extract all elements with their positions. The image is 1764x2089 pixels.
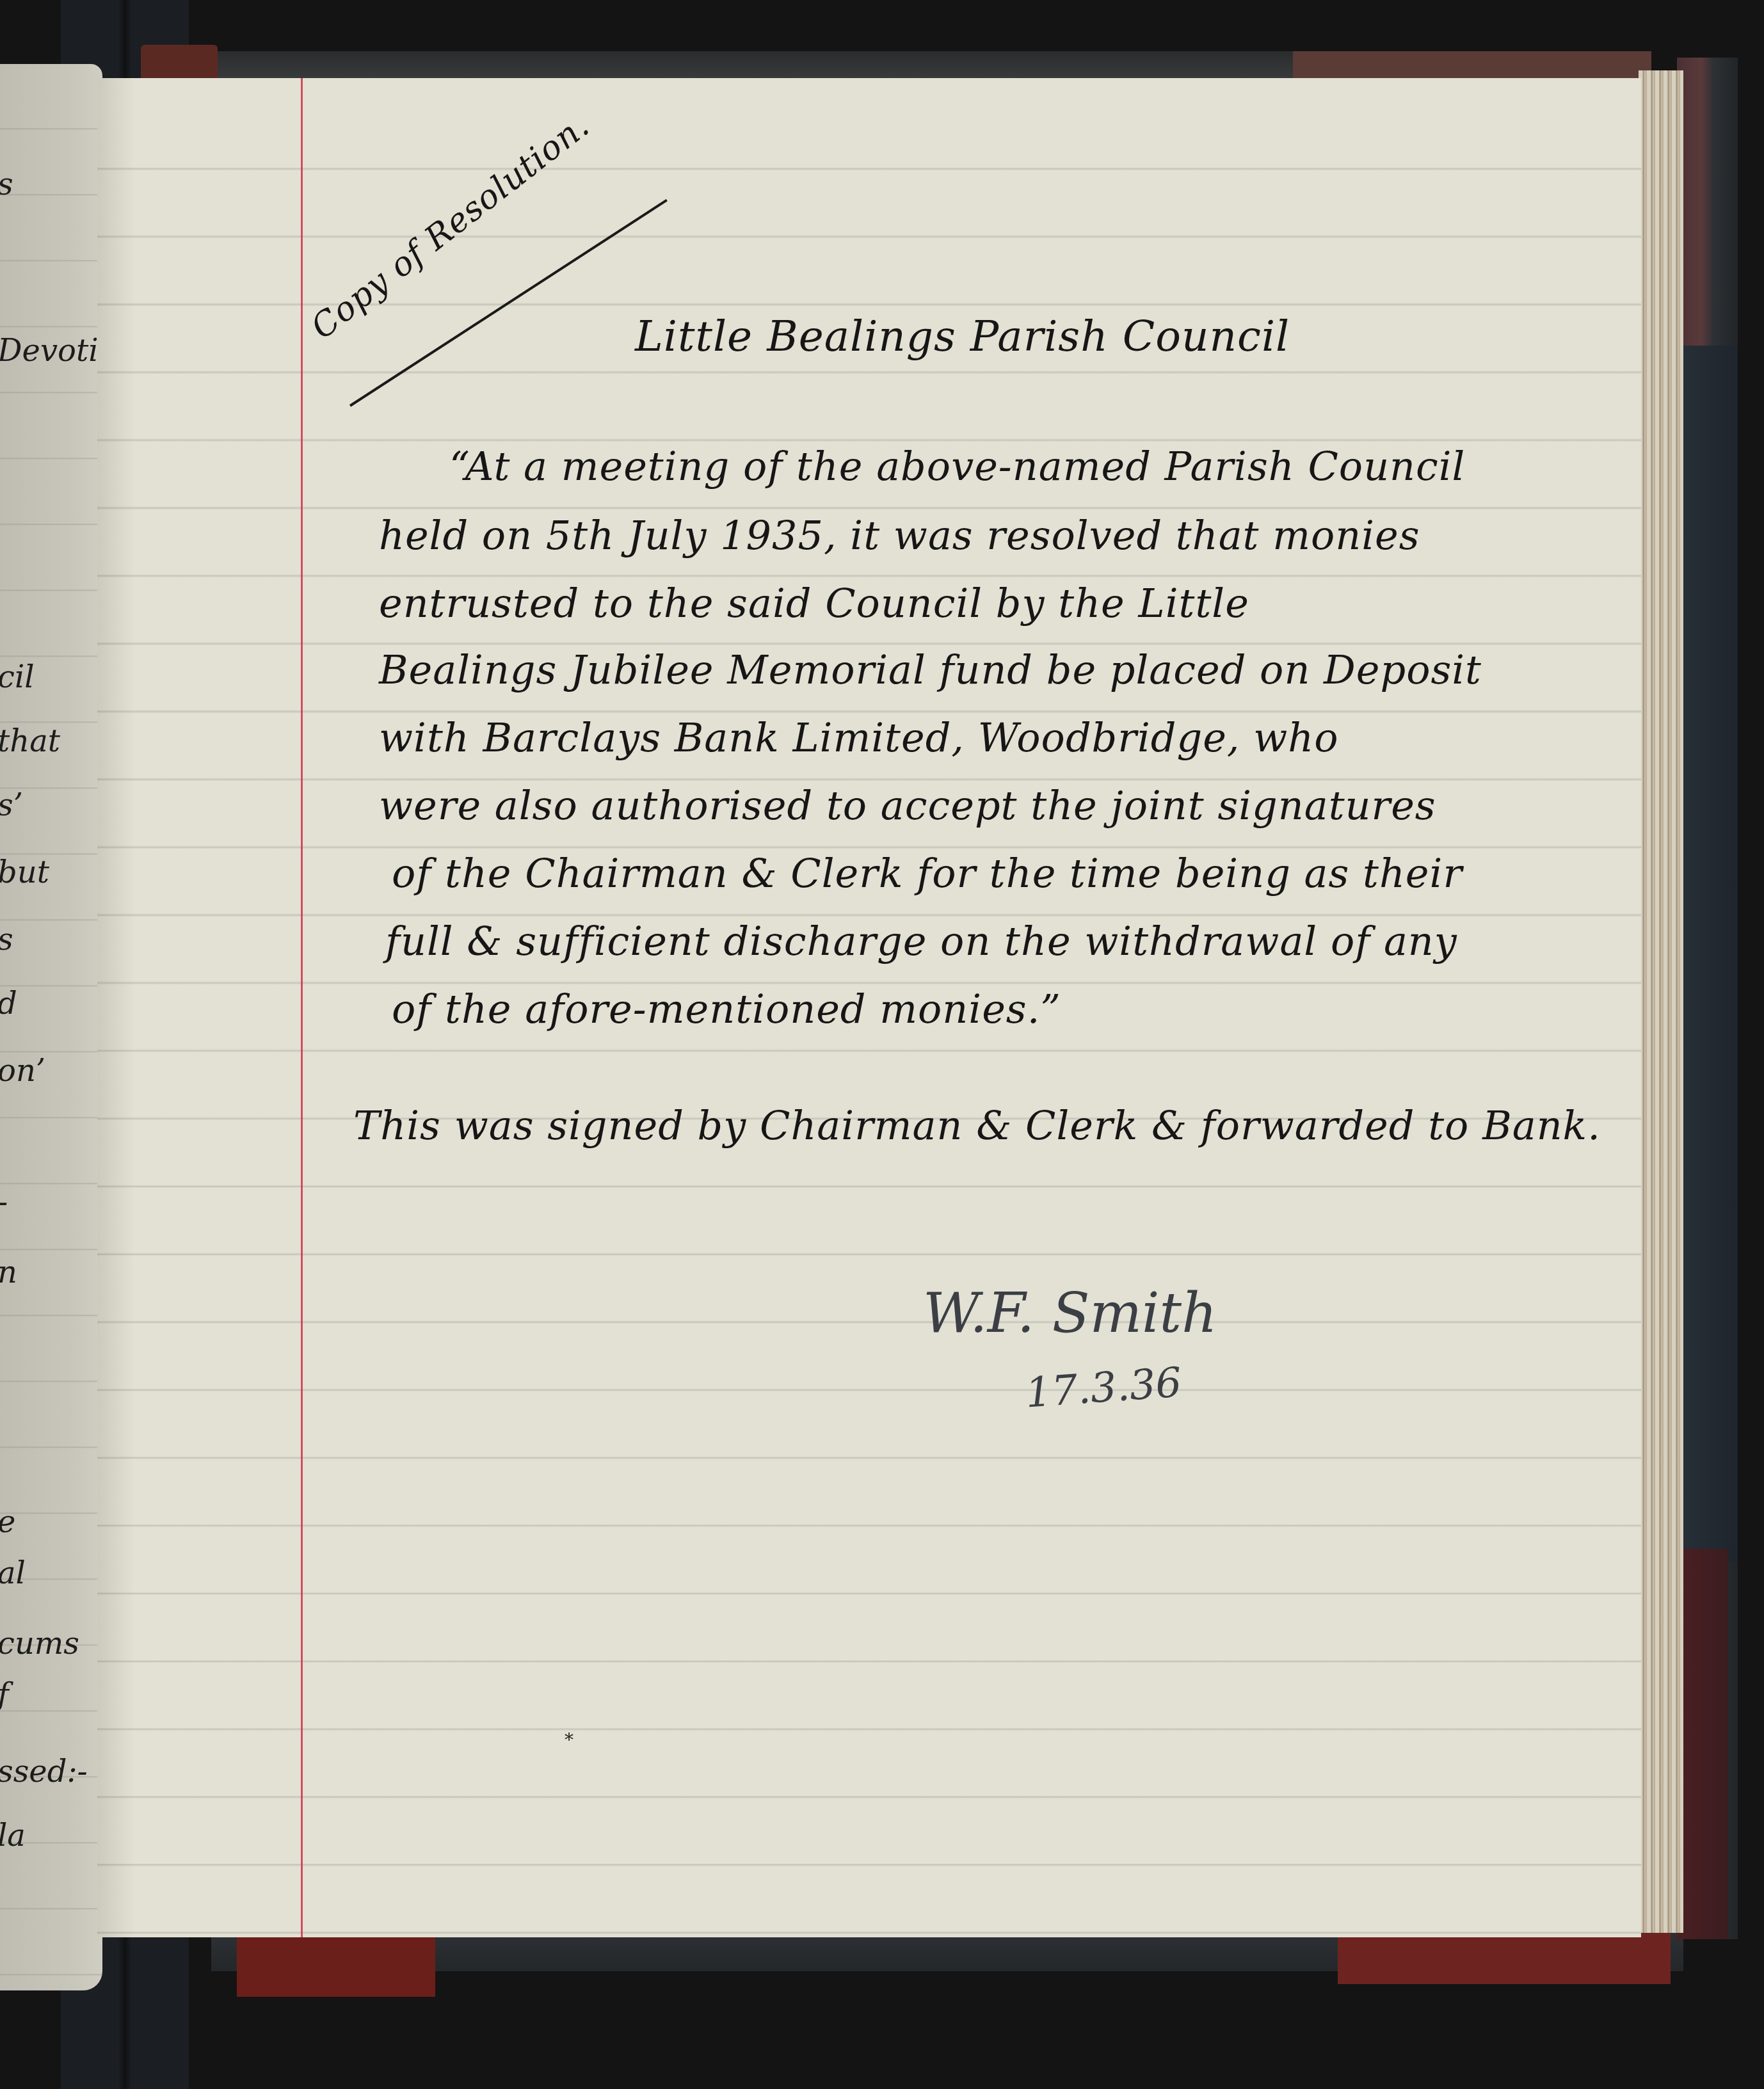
resolution-line: of the Chairman & Clerk for the time bei… bbox=[392, 850, 1463, 897]
left-page-fragment: la bbox=[0, 1818, 26, 1853]
resolution-line: held on 5th July 1935, it was resolved t… bbox=[379, 512, 1420, 559]
worn-binding-corner bbox=[141, 45, 218, 83]
page-stack-edges bbox=[1639, 70, 1683, 1933]
book-cover-right bbox=[1677, 58, 1738, 1939]
resolution-line: Bealings Jubilee Memorial fund be placed… bbox=[379, 646, 1482, 693]
left-page-fragment: that bbox=[0, 723, 60, 759]
red-margin-rule bbox=[301, 78, 303, 1937]
resolution-line: full & sufficient discharge on the withd… bbox=[385, 918, 1457, 964]
left-page-fragment: - bbox=[0, 1184, 8, 1220]
left-page-fragment: d bbox=[0, 986, 17, 1021]
cloth-binding bbox=[1677, 346, 1738, 1562]
leather-corner bbox=[1677, 1549, 1728, 1939]
minute-book-page: Copy of Resolution. Little Bealings Pari… bbox=[97, 78, 1641, 1937]
left-page-fragment: Devotion bbox=[0, 333, 102, 369]
stray-ink-mark: * bbox=[565, 1729, 573, 1750]
forwarding-note: This was signed by Chairman & Clerk & fo… bbox=[353, 1102, 1601, 1149]
left-page-fragment: cums bbox=[0, 1626, 79, 1661]
left-page-fragment: al bbox=[0, 1555, 26, 1591]
resolution-line: with Barclays Bank Limited, Woodbridge, … bbox=[379, 714, 1339, 761]
left-page-fragment: s bbox=[0, 922, 13, 957]
resolution-line: entrusted to the said Council by the Lit… bbox=[379, 580, 1249, 627]
left-page-fragment: e bbox=[0, 1504, 15, 1540]
left-page-fragment: s bbox=[0, 166, 13, 202]
signature-date: 17.3.36 bbox=[1024, 1359, 1183, 1418]
document-heading: Little Bealings Parish Council bbox=[635, 312, 1290, 361]
facing-page-left: s Devotion cil that s’ but s d on’ - n e… bbox=[0, 64, 102, 1990]
left-page-fragment: but bbox=[0, 854, 49, 890]
resolution-line: “At a meeting of the above-named Parish … bbox=[449, 443, 1465, 490]
signature: W.F. Smith bbox=[923, 1281, 1217, 1345]
left-page-fragment: f bbox=[0, 1677, 9, 1713]
left-page-fragment: s’ bbox=[0, 787, 23, 823]
left-page-fragment: on’ bbox=[0, 1053, 45, 1089]
copy-of-resolution-annotation: Copy of Resolution. bbox=[304, 106, 597, 347]
left-page-fragment: ssed:- bbox=[0, 1754, 88, 1789]
annotation-underline bbox=[349, 199, 668, 407]
left-page-fragment: n bbox=[0, 1254, 17, 1290]
resolution-line: of the afore-mentioned monies.” bbox=[392, 986, 1061, 1032]
resolution-line: were also authorised to accept the joint… bbox=[379, 782, 1436, 829]
left-page-fragment: cil bbox=[0, 659, 35, 695]
